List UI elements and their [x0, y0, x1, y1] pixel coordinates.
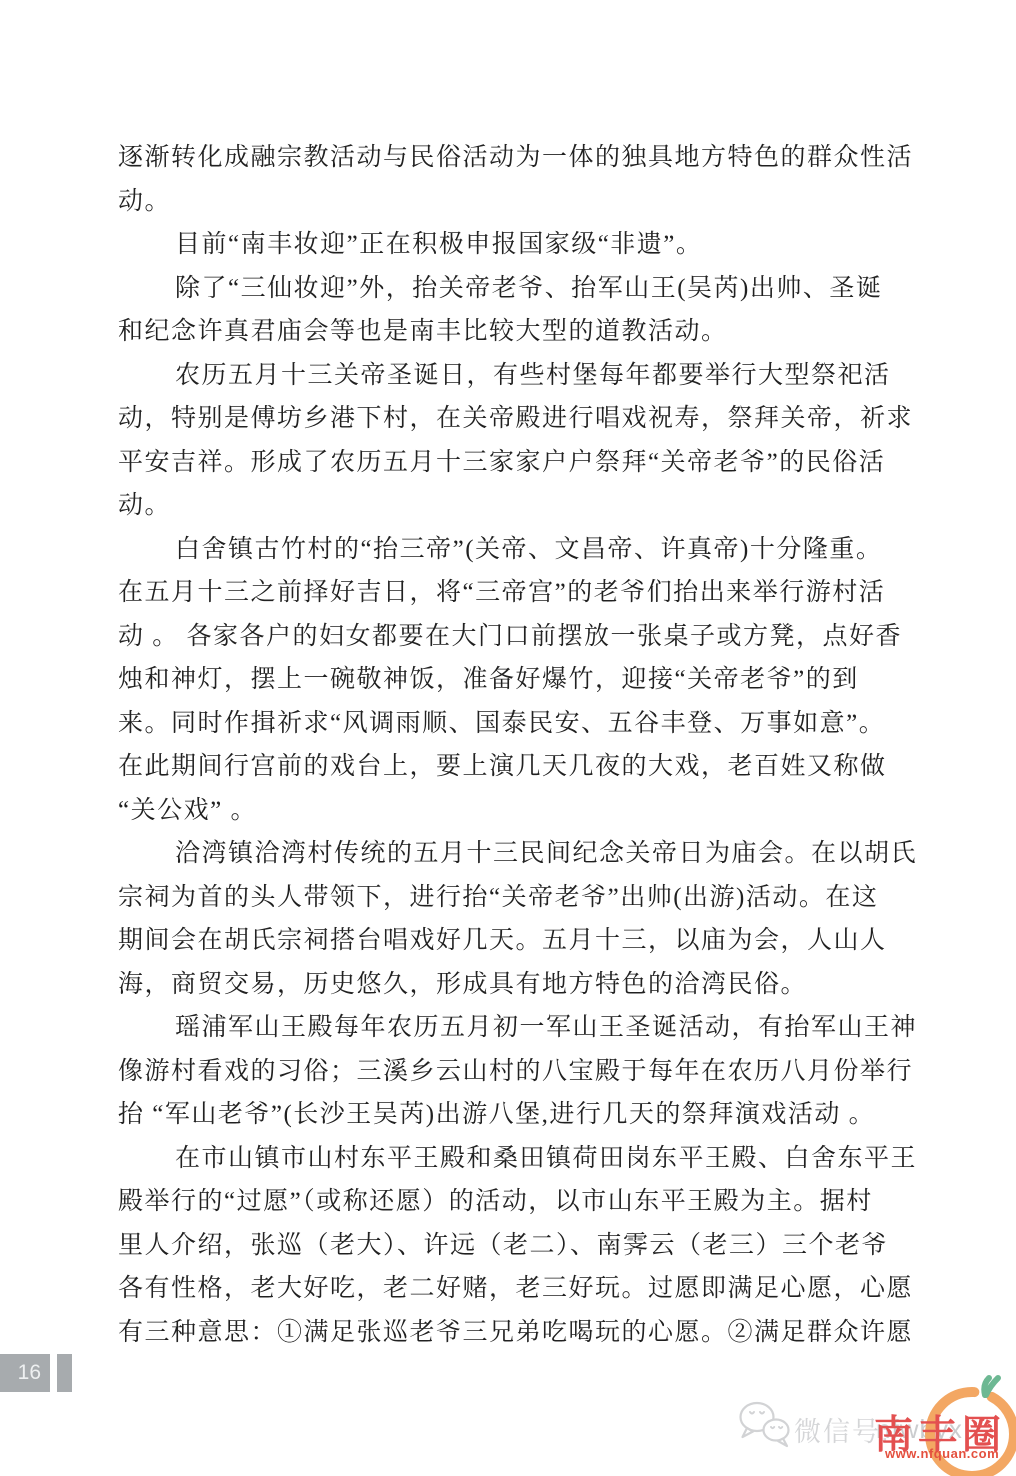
page-number-badge: 16	[0, 1354, 50, 1392]
text-line: 平安吉祥。形成了农历五月十三家家户户祭拜“关帝老爷”的民俗活	[118, 441, 918, 485]
text-line: 洽湾镇洽湾村传统的五月十三民间纪念关帝日为庙会。在以胡氏	[118, 832, 918, 876]
text-line: 农历五月十三关帝圣诞日，有些村堡每年都要举行大型祭祀活	[118, 354, 918, 398]
text-line: 各有性格，老大好吃，老二好赌，老三好玩。过愿即满足心愿，心愿	[118, 1267, 918, 1311]
text-line: 来。同时作揖祈求“风调雨顺、国泰民安、五谷丰登、万事如意”。	[118, 702, 918, 746]
text-line: 目前“南丰妆迎”正在积极申报国家级“非遗”。	[118, 223, 918, 267]
document-page: 逐渐转化成融宗教活动与民俗活动为一体的独具地方特色的群众性活动。目前“南丰妆迎”…	[0, 0, 1016, 1476]
text-line: 动。	[118, 484, 918, 528]
text-line: 在五月十三之前择好吉日，将“三帝宫”的老爷们抬出来举行游村活	[118, 571, 918, 615]
text-line: 里人介绍，张巡（老大）、许远（老二）、南霁云（老三）三个老爷	[118, 1224, 918, 1268]
text-line: 有三种意思：①满足张巡老爷三兄弟吃喝玩的心愿。②满足群众许愿	[118, 1311, 918, 1355]
text-line: 动。	[118, 180, 918, 224]
text-line: 逐渐转化成融宗教活动与民俗活动为一体的独具地方特色的群众性活	[118, 136, 918, 180]
text-line: 动，特别是傅坊乡港下村，在关帝殿进行唱戏祝寿，祭拜关帝，祈求	[118, 397, 918, 441]
text-line: 除了“三仙妆迎”外，抬关帝老爷、抬军山王(吴芮)出帅、圣诞	[118, 267, 918, 311]
text-line: 瑶浦军山王殿每年农历五月初一军山王圣诞活动，有抬军山王神	[118, 1006, 918, 1050]
text-line: 像游村看戏的习俗；三溪乡云山村的八宝殿于每年在农历八月份举行	[118, 1050, 918, 1094]
text-line: 抬 “军山老爷”(长沙王吴芮)出游八堡,进行几天的祭拜演戏活动 。	[118, 1093, 918, 1137]
text-block: 逐渐转化成融宗教活动与民俗活动为一体的独具地方特色的群众性活动。目前“南丰妆迎”…	[118, 136, 918, 1354]
text-line: “关公戏” 。	[118, 789, 918, 833]
text-line: 在此期间行宫前的戏台上，要上演几天几夜的大戏，老百姓又称做	[118, 745, 918, 789]
text-line: 殿举行的“过愿”（或称还愿）的活动，以市山东平王殿为主。据村	[118, 1180, 918, 1224]
text-line: 烛和神灯，摆上一碗敬神饭，准备好爆竹，迎接“关帝老爷”的到	[118, 658, 918, 702]
text-line: 和纪念许真君庙会等也是南丰比较大型的道教活动。	[118, 310, 918, 354]
text-line: 在市山镇市山村东平王殿和桑田镇荷田岗东平王殿、白舍东平王	[118, 1137, 918, 1181]
brand-website: www.nfquan.com	[885, 1446, 999, 1461]
text-line: 白舍镇古竹村的“抬三帝”(关帝、文昌帝、许真帝)十分隆重。	[118, 528, 918, 572]
wechat-icon	[736, 1400, 792, 1450]
page-number-bar	[57, 1354, 72, 1392]
text-line: 动 。 各家各户的妇女都要在大门口前摆放一张桌子或方凳，点好香	[118, 615, 918, 659]
text-line: 海，商贸交易，历史悠久，形成具有地方特色的洽湾民俗。	[118, 963, 918, 1007]
text-line: 期间会在胡氏宗祠搭台唱戏好几天。五月十三，以庙为会，人山人	[118, 919, 918, 963]
text-line: 宗祠为首的头人带领下，进行抬“关帝老爷”出帅(出游)活动。在这	[118, 876, 918, 920]
